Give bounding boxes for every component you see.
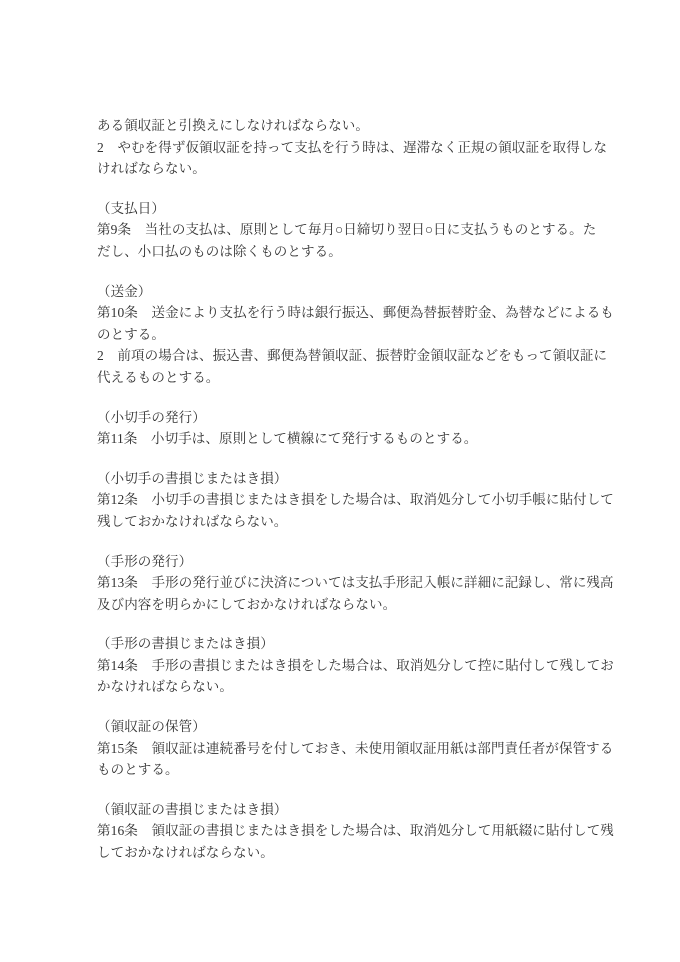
article-section: （手形の発行）第13条 手形の発行並びに決済については支払手形記入帳に詳細に記録… (97, 551, 589, 616)
document-line: 第11条 小切手は、原則として横線にて発行するものとする。 (97, 428, 589, 450)
document-line: 2 やむを得ず仮領収証を持って支払を行う時は、遅滞なく正規の領収証を取得しな (97, 137, 589, 159)
document-page: ある領収証と引換えにしなければならない。2 やむを得ず仮領収証を持って支払を行う… (0, 0, 680, 962)
article-section: （小切手の発行）第11条 小切手は、原則として横線にて発行するものとする。 (97, 407, 589, 450)
document-line: 第16条 領収証の書損じまたはき損をした場合は、取消処分して用紙綴に貼付して残 (97, 820, 589, 842)
article-heading: （領収証の保管） (97, 716, 589, 738)
continuation-paragraph: ある領収証と引換えにしなければならない。2 やむを得ず仮領収証を持って支払を行う… (97, 115, 589, 180)
document-line: しておかなければならない。 (97, 842, 589, 864)
document-line: 第13条 手形の発行並びに決済については支払手形記入帳に詳細に記録し、常に残高 (97, 572, 589, 594)
article-heading: （小切手の発行） (97, 407, 589, 429)
article-section: （領収証の書損じまたはき損）第16条 領収証の書損じまたはき損をした場合は、取消… (97, 799, 589, 864)
document-line: 第10条 送金により支払を行う時は銀行振込、郵便為替振替貯金、為替などによるも (97, 302, 589, 324)
article-section: （領収証の保管）第15条 領収証は連続番号を付しておき、未使用領収証用紙は部門責… (97, 716, 589, 781)
document-line: のとする。 (97, 324, 589, 346)
article-heading: （領収証の書損じまたはき損） (97, 799, 589, 821)
document-line: 残しておかなければならない。 (97, 511, 589, 533)
document-line: 第9条 当社の支払は、原則として毎月○日締切り翌日○日に支払うものとする。た (97, 219, 589, 241)
document-line: 第14条 手形の書損じまたはき損をした場合は、取消処分して控に貼付して残してお (97, 655, 589, 677)
document-line: だし、小口払のものは除くものとする。 (97, 241, 589, 263)
document-line: ものとする。 (97, 759, 589, 781)
article-heading: （小切手の書損じまたはき損） (97, 468, 589, 490)
document-line: 代えるものとする。 (97, 367, 589, 389)
article-heading: （手形の発行） (97, 551, 589, 573)
article-heading: （手形の書損じまたはき損） (97, 633, 589, 655)
document-line: 及び内容を明らかにしておかなければならない。 (97, 594, 589, 616)
document-line: かなければならない。 (97, 676, 589, 698)
document-line: 第12条 小切手の書損じまたはき損をした場合は、取消処分して小切手帳に貼付して (97, 489, 589, 511)
article-section: （支払日）第9条 当社の支払は、原則として毎月○日締切り翌日○日に支払うものとす… (97, 198, 589, 263)
document-line: ある領収証と引換えにしなければならない。 (97, 115, 589, 137)
article-section: （送金）第10条 送金により支払を行う時は銀行振込、郵便為替振替貯金、為替などに… (97, 281, 589, 389)
article-section: （小切手の書損じまたはき損）第12条 小切手の書損じまたはき損をした場合は、取消… (97, 468, 589, 533)
document-line: ければならない。 (97, 158, 589, 180)
document-body: ある領収証と引換えにしなければならない。2 やむを得ず仮領収証を持って支払を行う… (97, 115, 589, 864)
article-heading: （支払日） (97, 198, 589, 220)
article-heading: （送金） (97, 281, 589, 303)
document-line: 第15条 領収証は連続番号を付しておき、未使用領収証用紙は部門責任者が保管する (97, 738, 589, 760)
article-section: （手形の書損じまたはき損）第14条 手形の書損じまたはき損をした場合は、取消処分… (97, 633, 589, 698)
document-line: 2 前項の場合は、振込書、郵便為替領収証、振替貯金領収証などをもって領収証に (97, 345, 589, 367)
